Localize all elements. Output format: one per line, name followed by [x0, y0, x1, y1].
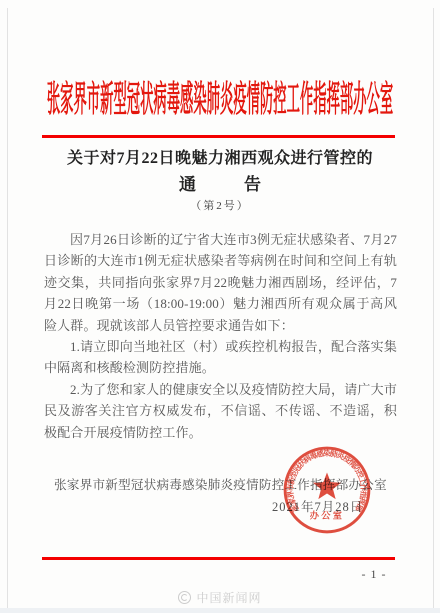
cns-logo-icon	[178, 591, 191, 604]
seal-star-icon	[313, 473, 341, 500]
document-title-line2: 通 告	[0, 170, 440, 195]
footer-divider-line	[42, 557, 395, 560]
scan-bottom-edge	[0, 608, 440, 613]
watermark-text: 中国新闻网	[196, 589, 261, 606]
watermark: 中国新闻网	[0, 589, 440, 606]
document-body: 因7月26日诊断的辽宁省大连市3例无症状感染者、7月27日诊断的大连市1例无症状…	[44, 229, 397, 443]
page-number: - 1 -	[352, 567, 396, 582]
title-char-tong: 通	[179, 170, 196, 195]
document-title-line1: 关于对7月22日晚魅力湘西观众进行管控的	[20, 148, 420, 169]
letterhead-org-name: 张家界市新型冠状病毒感染肺炎疫情防控工作指挥部办公室	[47, 71, 393, 122]
document-number: （第2号）	[0, 197, 440, 213]
body-paragraph-2: 1.请立即向当地社区（村）或疾控机构报告，配合落实集中隔离和核酸检测防控措施。	[44, 336, 397, 379]
document-page: 张家界市新型冠状病毒感染肺炎疫情防控工作指挥部办公室 关于对7月22日晚魅力湘西…	[0, 0, 440, 613]
title-char-gao: 告	[244, 170, 261, 195]
body-paragraph-1: 因7月26日诊断的辽宁省大连市3例无症状感染者、7月27日诊断的大连市1例无症状…	[44, 229, 397, 336]
body-paragraph-3: 2.为了您和家人的健康安全以及疫情防控大局，请广大市民及游客关注官方权威发布，不…	[44, 379, 397, 443]
seal-bottom-text: 办公室	[310, 510, 344, 521]
letterhead: 张家界市新型冠状病毒感染肺炎疫情防控工作指挥部办公室	[0, 70, 440, 122]
letterhead-divider-line	[42, 135, 395, 138]
official-seal-stamp: 张家界市新型冠状病毒感染肺炎疫情防控工作指挥部 办公室	[281, 444, 373, 536]
